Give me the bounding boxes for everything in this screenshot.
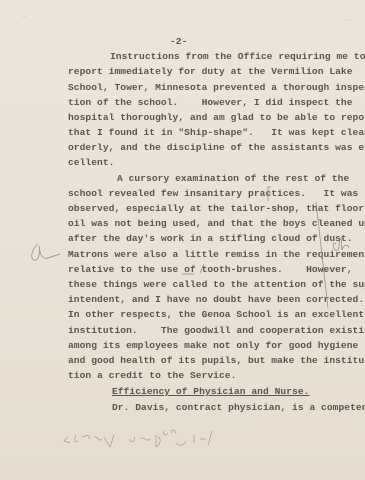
text-line: A cursory examination of the rest of the — [117, 173, 349, 185]
text-line: hospital thoroughly, and am glad to be a… — [68, 112, 365, 124]
text-line: that I found it in "Ship-shape". It was … — [68, 127, 365, 139]
document-page: ~ ~ -2- Instructions from the Office req… — [0, 0, 365, 480]
pencil-bracket-mark — [266, 186, 272, 202]
text-line: school revealed few insanitary practices… — [68, 188, 358, 200]
text-line: School, Tower, Minnesota prevented a tho… — [68, 82, 365, 94]
pencil-slash-mark — [180, 262, 210, 276]
page-number: -2- — [170, 36, 187, 48]
corner-smudge-left: ~ — [20, 12, 28, 22]
section-heading: Efficiency of Physician and Nurse. — [112, 386, 309, 398]
left-margin-annotation — [24, 240, 64, 270]
text-line: Dr. Davis, contract physician, is a comp… — [112, 402, 365, 414]
text-line: orderly, and the discipline of the assis… — [68, 142, 365, 154]
text-line: and good health of its pupils, but make … — [68, 355, 365, 367]
text-line: In other respects, the Genoa School is a… — [68, 309, 364, 321]
corner-smudge-right: ~ — [345, 16, 353, 26]
text-line: report immediately for duty at the Vermi… — [68, 66, 353, 78]
text-line: cellent. — [68, 157, 114, 169]
text-line: tion of the school. However, I did inspe… — [68, 97, 353, 109]
text-line: among its employees make not only for go… — [68, 340, 358, 352]
text-line: institution. The goodwill and cooperatio… — [68, 325, 365, 337]
bottom-shorthand-notes — [60, 425, 230, 455]
text-line: tion a credit to the Service. — [68, 370, 236, 382]
text-line: Instructions from the Office requiring m… — [110, 51, 365, 63]
right-margin-annotation — [310, 200, 360, 310]
